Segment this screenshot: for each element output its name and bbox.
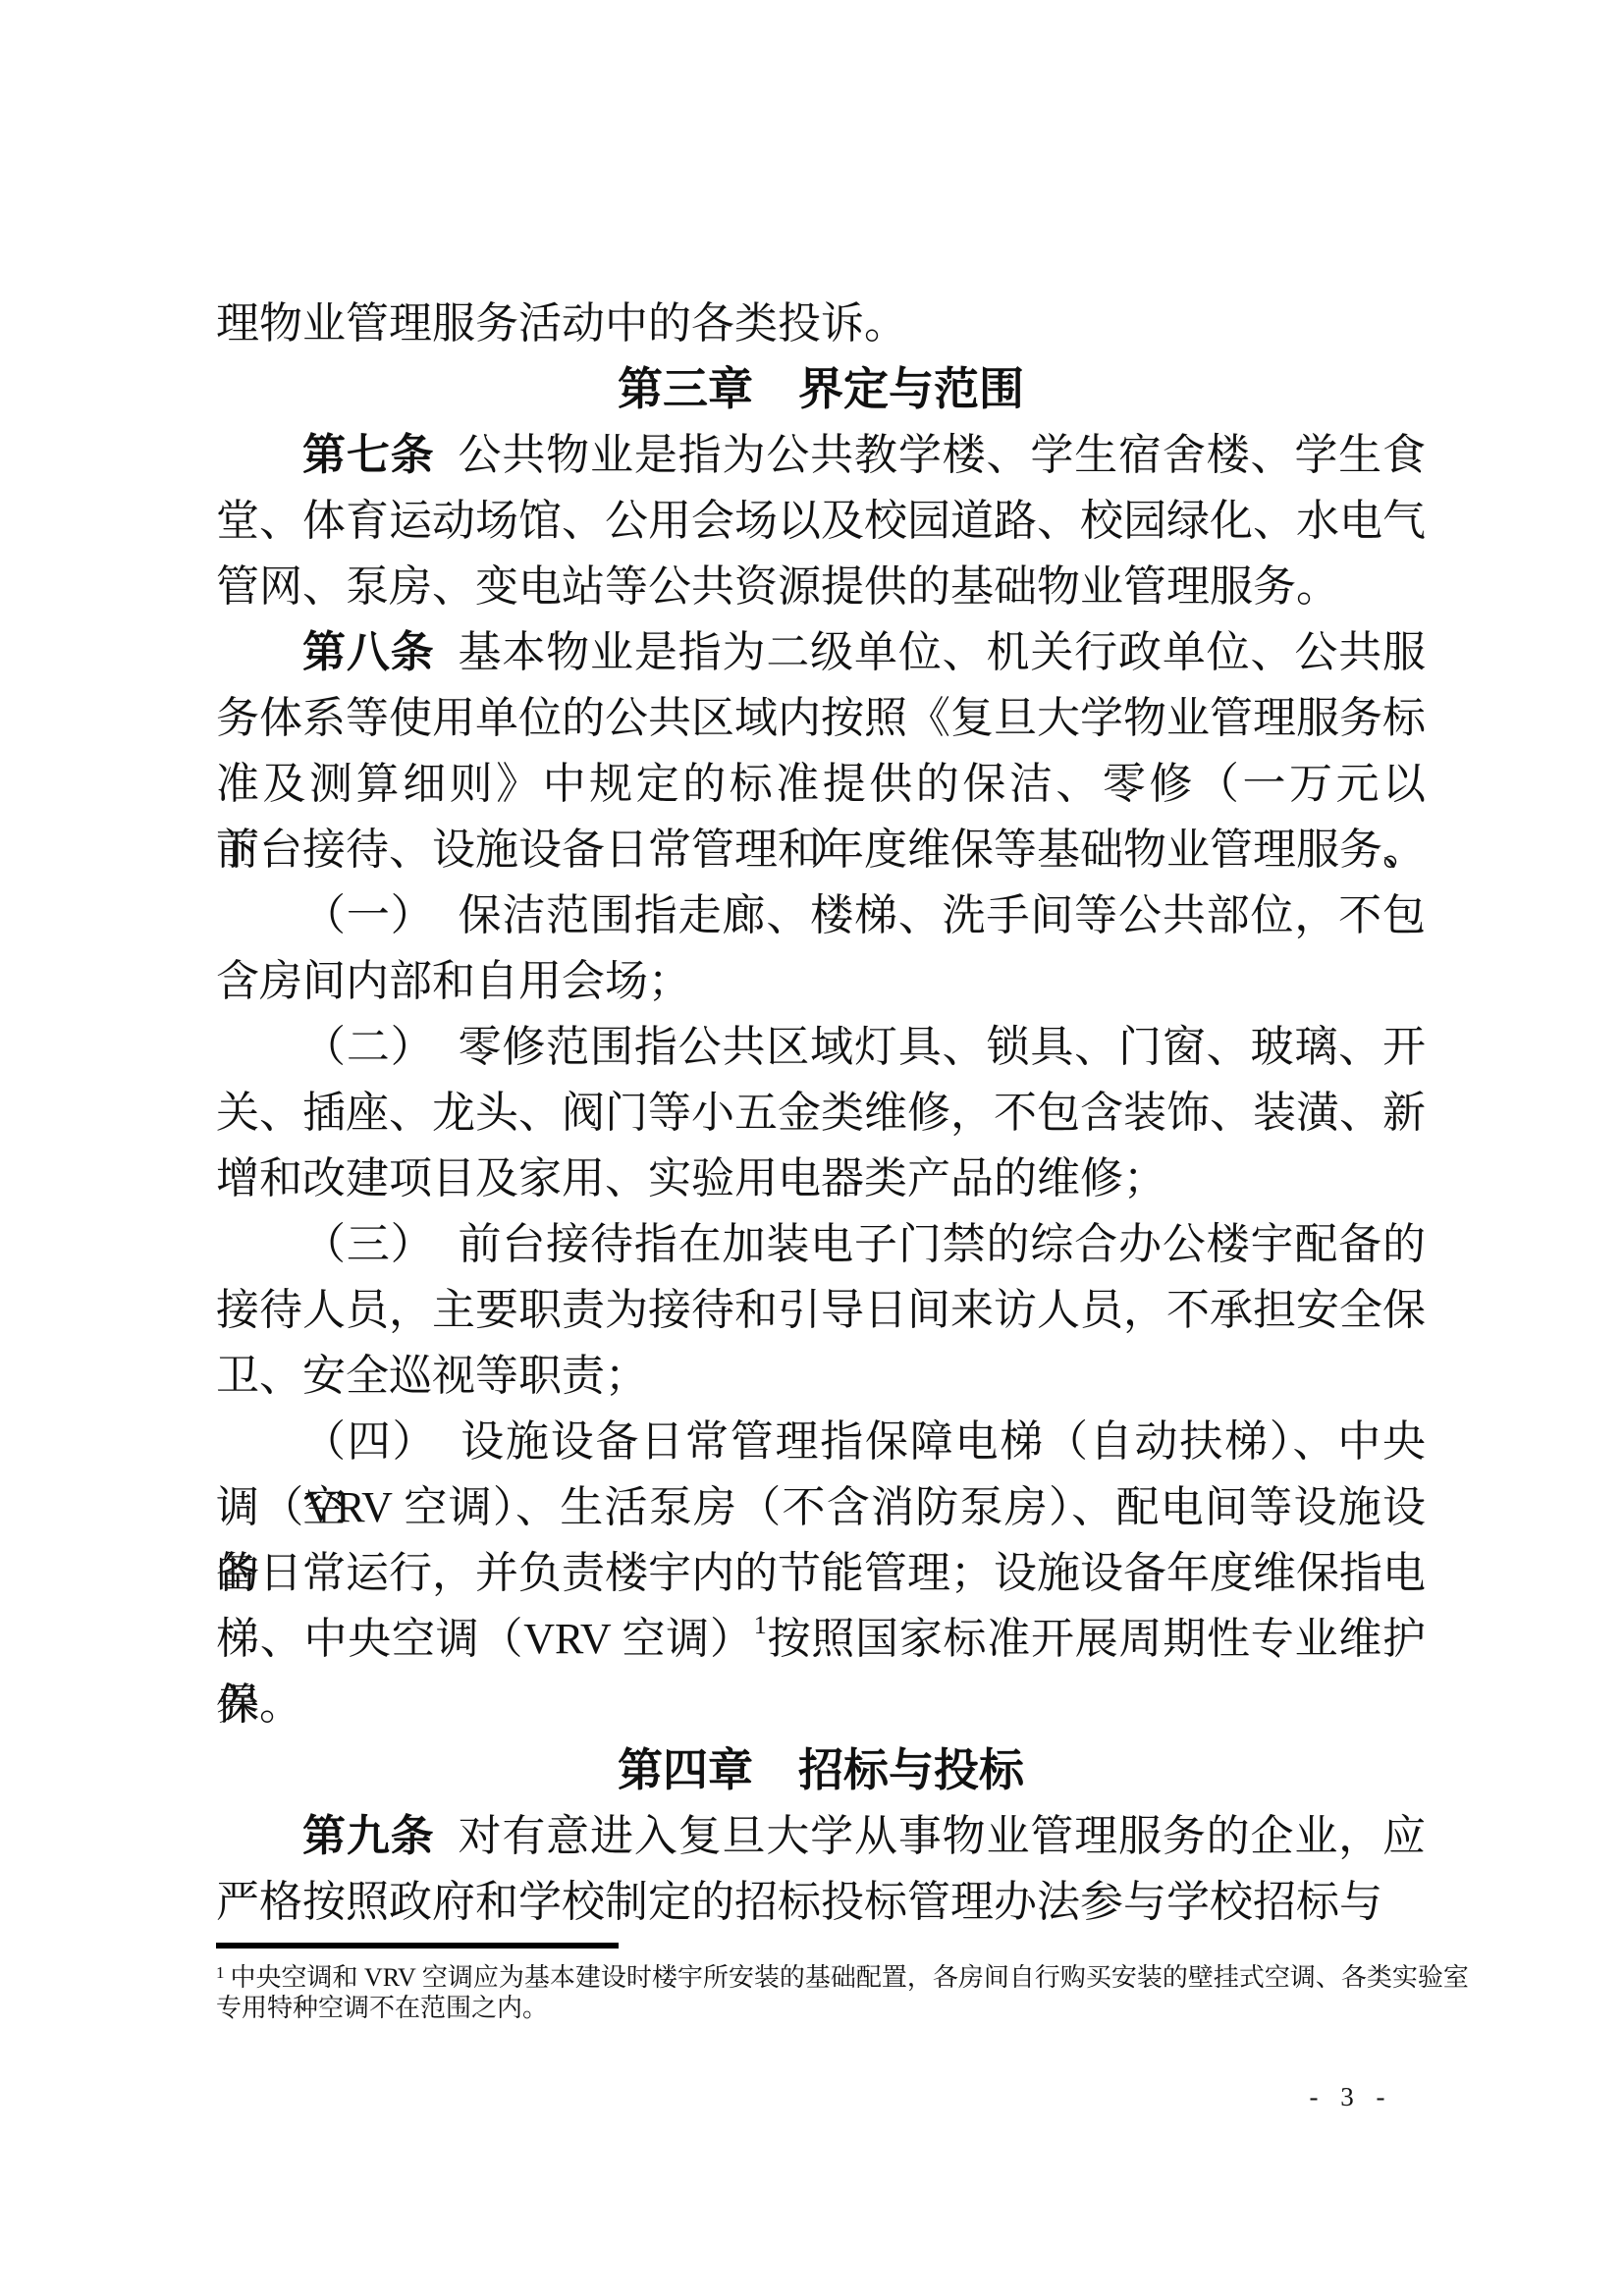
article-7-label: 第七条 — [302, 431, 435, 479]
text-segment: 零修范围指公共区域灯具、锁具、门窗、玻璃、开 — [459, 1023, 1427, 1071]
text-segment: 对有意进入复旦大学从事物业管理服务的企业，应 — [459, 1812, 1427, 1860]
article-9-opening-line: 第九条对有意进入复旦大学从事物业管理服务的企业，应 — [216, 1803, 1426, 1869]
footnote-text-line: 专用特种空调不在范围之内。 — [216, 1993, 1434, 2023]
text-line: 堂、体育运动场馆、公用会场以及校园道路、校园绿化、水电气 — [216, 488, 1426, 554]
item-2-opening-line: （二）零修范围指公共区域灯具、锁具、门窗、玻璃、开 — [216, 1014, 1426, 1080]
item-1-marker: （一） — [302, 891, 435, 939]
item-4-marker: （四） — [302, 1417, 437, 1466]
footnote-separator — [216, 1943, 619, 1949]
text-line: 严格按照政府和学校制定的招标投标管理办法参与学校招标与 — [216, 1869, 1426, 1935]
footnote-text-segment: 中央空调和 VRV 空调应为基本建设时楼宇所安装的基础配置，各房间自行购买安装的… — [231, 1963, 1469, 1992]
text-line: 接待人员，主要职责为接待和引导日间来访人员，不承担安全保 — [216, 1277, 1426, 1343]
text-segment: 基本物业是指为二级单位、机关行政单位、公共服 — [459, 628, 1427, 676]
text-line: 关、插座、龙头、阀门等小五金类维修，不包含装饰、装潢、新 — [216, 1080, 1426, 1146]
text-line: 的日常运行，并负责楼宇内的节能管理；设施设备年度维保指电 — [216, 1540, 1426, 1606]
text-line: 管网、泵房、变电站等公共资源提供的基础物业管理服务。 — [216, 554, 1426, 619]
text-line: 务体系等使用单位的公共区域内按照《复旦大学物业管理服务标 — [216, 685, 1426, 751]
item-3-marker: （三） — [302, 1220, 435, 1268]
article-7-opening-line: 第七条公共物业是指为公共教学楼、学生宿舍楼、学生食 — [216, 422, 1426, 488]
item-2-marker: （二） — [302, 1023, 435, 1071]
text-line: 调（VRV 空调）、生活泵房（不含消防泵房）、配电间等设施设备 — [216, 1474, 1426, 1540]
item-3-opening-line: （三）前台接待指在加装电子门禁的综合办公楼宇配备的 — [216, 1211, 1426, 1277]
article-8-label: 第八条 — [302, 628, 435, 676]
item-4-opening-line: （四）设施设备日常管理指保障电梯（自动扶梯）、中央空 — [216, 1409, 1426, 1474]
text-line: 养。 — [216, 1672, 1426, 1737]
page-number: - 3 - — [1284, 2081, 1412, 2112]
text-line: 前台接待、设施设备日常管理和年度维保等基础物业管理服务。 — [216, 817, 1426, 882]
text-line: 卫、安全巡视等职责； — [216, 1343, 1426, 1409]
text-segment: 公共物业是指为公共教学楼、学生宿舍楼、学生食 — [459, 431, 1427, 479]
article-9-label: 第九条 — [302, 1812, 435, 1860]
chapter-4-heading: 第四章 招标与投标 — [216, 1737, 1426, 1803]
item-1-opening-line: （一）保洁范围指走廊、楼梯、洗手间等公共部位，不包 — [216, 882, 1426, 948]
text-segment: 梯、中央空调（VRV 空调） — [216, 1615, 754, 1663]
body-text-column: 理物业管理服务活动中的各类投诉。 第三章 界定与范围 第七条公共物业是指为公共教… — [216, 291, 1426, 1935]
footnote-text-line: 1中央空调和 VRV 空调应为基本建设时楼宇所安装的基础配置，各房间自行购买安装… — [216, 1962, 1434, 1993]
text-segment: 前台接待指在加装电子门禁的综合办公楼宇配备的 — [459, 1220, 1427, 1268]
footnote-section: 1中央空调和 VRV 空调应为基本建设时楼宇所安装的基础配置，各房间自行购买安装… — [216, 1943, 1434, 2023]
text-line: 理物业管理服务活动中的各类投诉。 — [216, 291, 1426, 356]
text-segment: 保洁范围指走廊、楼梯、洗手间等公共部位，不包 — [459, 891, 1427, 939]
text-line: 准及测算细则》中规定的标准提供的保洁、零修（一万元以下）、 — [216, 751, 1426, 817]
footnote-marker: 1 — [216, 1963, 225, 1982]
text-line: 含房间内部和自用会场； — [216, 948, 1426, 1014]
text-line: 增和改建项目及家用、实验用电器类产品的维修； — [216, 1146, 1426, 1211]
document-page: 理物业管理服务活动中的各类投诉。 第三章 界定与范围 第七条公共物业是指为公共教… — [0, 0, 1624, 2296]
chapter-3-heading: 第三章 界定与范围 — [216, 356, 1426, 422]
article-8-opening-line: 第八条基本物业是指为二级单位、机关行政单位、公共服 — [216, 619, 1426, 685]
footnote-ref-1: 1 — [754, 1611, 767, 1639]
text-line-with-footnote-ref: 梯、中央空调（VRV 空调）1按照国家标准开展周期性专业维护保 — [216, 1606, 1426, 1672]
